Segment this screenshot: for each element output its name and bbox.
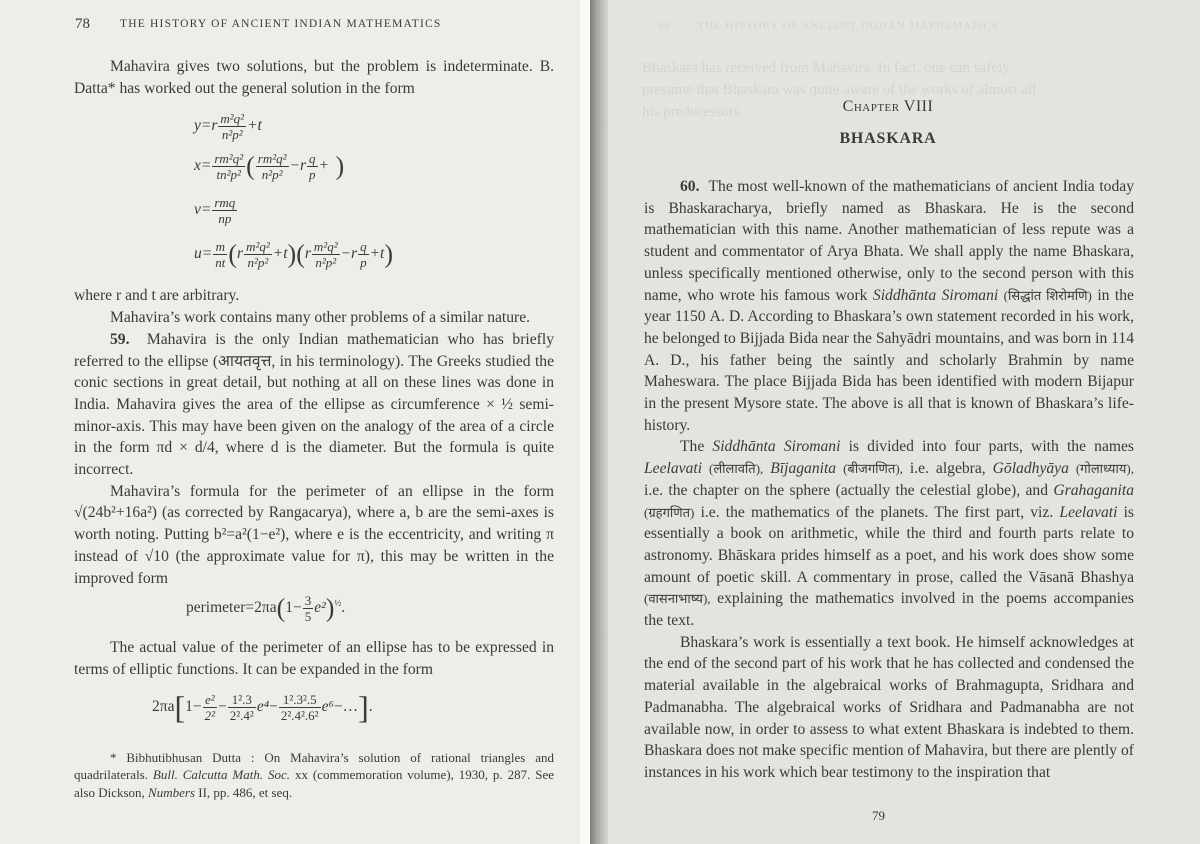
running-head: THE HISTORY OF ANCIENT INDIAN MATHEMATIC… (120, 18, 441, 30)
paragraph-text-book: Bhaskara’s work is essentially a text bo… (644, 632, 1134, 784)
left-page: 78 THE HISTORY OF ANCIENT INDIAN MATHEMA… (0, 0, 585, 844)
equation-y: y=rm²q²n²p²+t (194, 111, 554, 151)
section-59: 59. Mahavira is the only Indian mathemat… (74, 329, 554, 481)
show-through-text: presume that Bhaskara was quite aware of… (642, 82, 1036, 99)
right-page: 80 THE HISTORY OF ANCIENT INDIAN MATHEMA… (608, 0, 1200, 844)
paragraph-four-parts: The Siddhānta Siromani is divided into f… (644, 436, 1134, 631)
gutter-shadow (590, 0, 608, 844)
equation-u: u=mnt(rm²q²n²p²+t)(rm²q²n²p²−rqp+t) (194, 239, 554, 283)
section-number-60: 60. (680, 178, 700, 195)
section-number-59: 59. (110, 331, 130, 348)
page-number-left: 78 (75, 16, 90, 33)
left-body: Mahavira gives two solutions, but the pr… (74, 56, 554, 814)
gutter-highlight (580, 0, 590, 844)
paragraph-similar-problems: Mahavira’s work contains many other prob… (74, 307, 554, 329)
right-body: 60. The most well-known of the mathemati… (644, 176, 1134, 784)
work-title: Siddhānta Siromani (873, 287, 998, 304)
equation-v: v=rmqnp (194, 195, 554, 239)
paragraph-perimeter-formula: Mahavira’s formula for the perimeter of … (74, 481, 554, 590)
section-59-text: Mahavira is the only Indian mathematicia… (74, 331, 554, 478)
show-through-text: 80 THE HISTORY OF ANCIENT INDIAN MATHEMA… (658, 20, 999, 32)
paragraph-arbitrary: where r and t are arbitrary. (74, 285, 554, 307)
page-number-right: 79 (872, 808, 885, 824)
section-60: 60. The most well-known of the mathemati… (644, 176, 1134, 436)
paragraph-elliptic-functions: The actual value of the perimeter of an … (74, 637, 554, 680)
equation-perimeter: perimeter=2πa(1−35e²)½. (186, 593, 554, 637)
solution-equations: y=rm²q²n²p²+t x=rm²q²tn²p²(rm²q²n²p²−rqp… (194, 111, 554, 283)
equation-series: 2πa[1−e²2²−1².32².4²e⁴−1².3².52².4².6²e⁶… (152, 689, 554, 735)
show-through-text: Bhaskara has received from Mahavira. In … (642, 60, 1010, 77)
chapter-label: Chapter VIII (608, 98, 1168, 116)
paragraph-intro: Mahavira gives two solutions, but the pr… (74, 56, 554, 99)
footnote: * Bibhutibhusan Dutta : On Mahavira’s so… (74, 749, 554, 802)
book-spread: 78 THE HISTORY OF ANCIENT INDIAN MATHEMA… (0, 0, 1200, 844)
chapter-title: BHASKARA (608, 130, 1168, 148)
equation-x: x=rm²q²tn²p²(rm²q²n²p²−rqp+ ) (194, 151, 554, 195)
